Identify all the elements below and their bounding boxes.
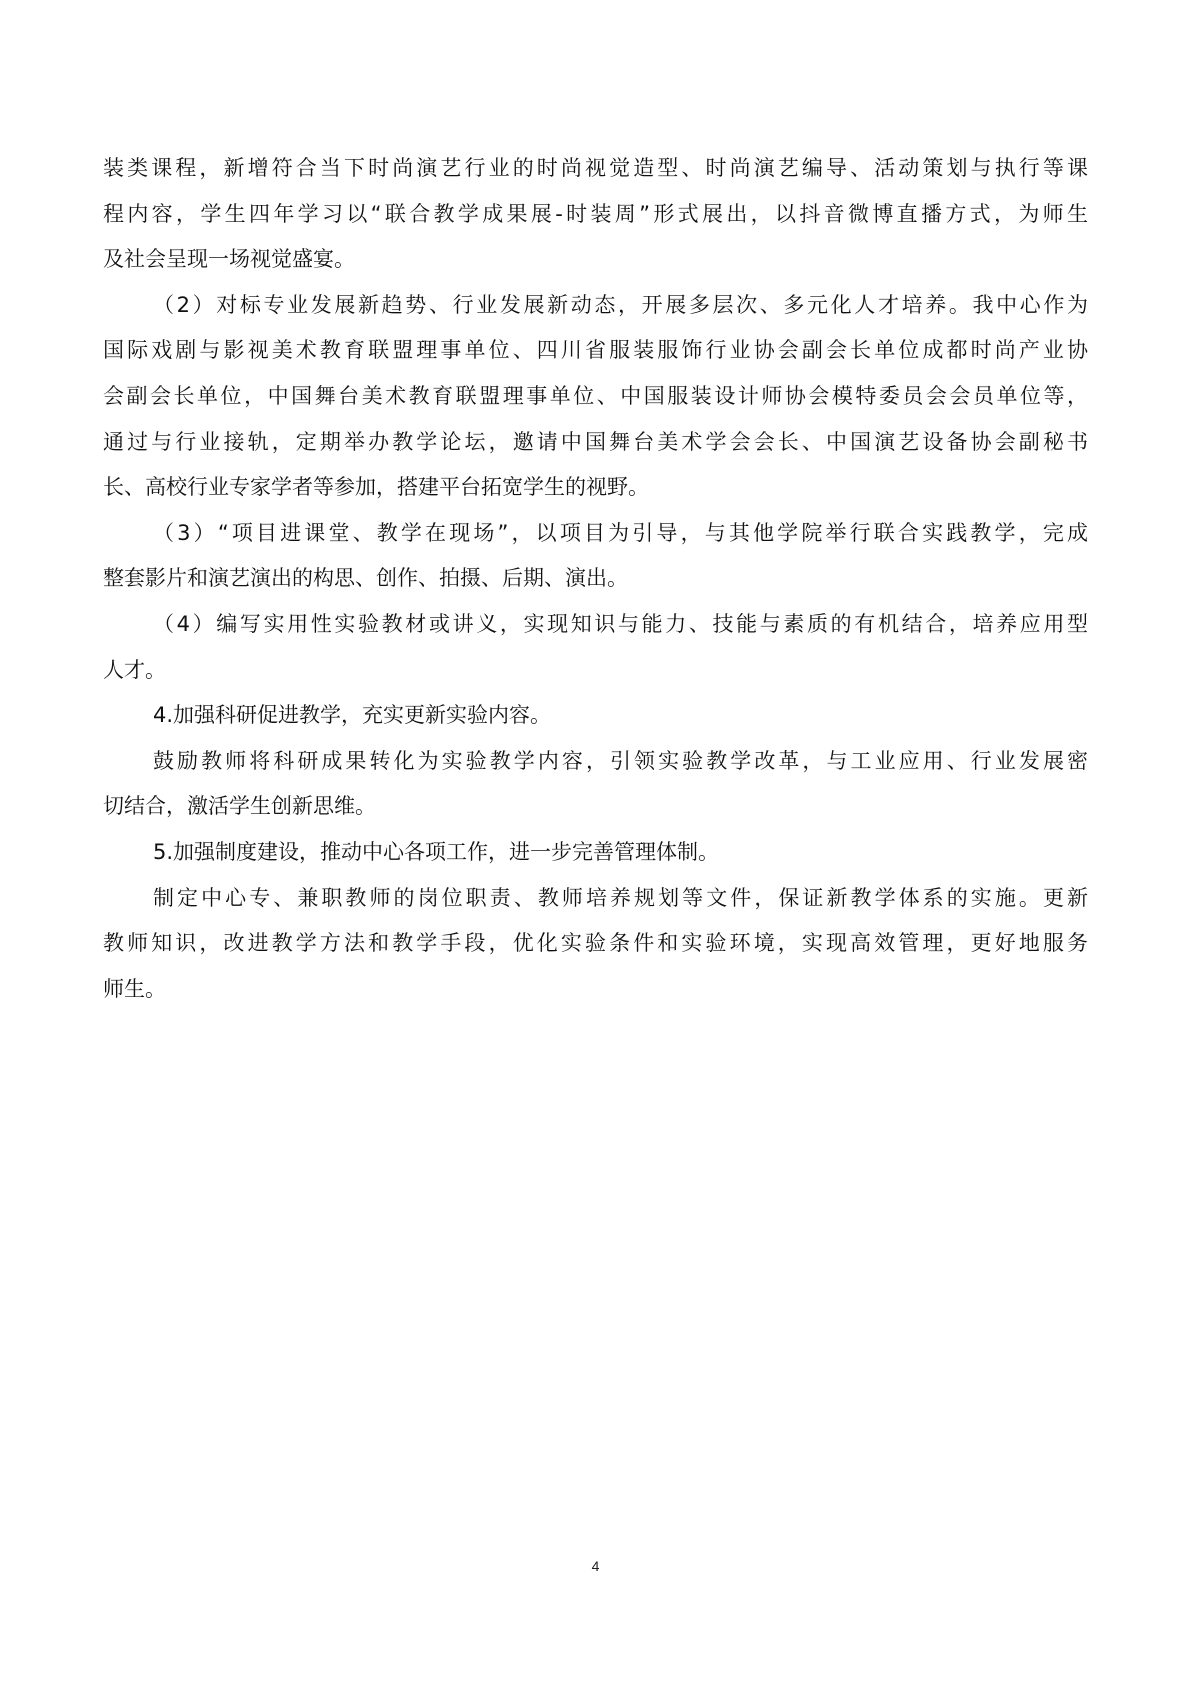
- text-line: 师生。: [103, 971, 1088, 1017]
- paragraph-item-3: （3）“项目进课堂、教学在现场”，以项目为引导，与其他学院举行联合实践教学，完成…: [103, 515, 1088, 606]
- section-heading-5: 5.加强制度建设，推动中心各项工作，进一步完善管理体制。: [103, 834, 1088, 880]
- text-line: 制定中心专、兼职教师的岗位职责、教师培养规划等文件，保证新教学体系的实施。更新: [103, 880, 1088, 926]
- text-line: 通过与行业接轨，定期举办教学论坛，邀请中国舞台美术学会会长、中国演艺设备协会副秘…: [103, 424, 1088, 470]
- paragraph-system: 制定中心专、兼职教师的岗位职责、教师培养规划等文件，保证新教学体系的实施。更新 …: [103, 880, 1088, 1017]
- text-line: 及社会呈现一场视觉盛宴。: [103, 241, 1088, 287]
- paragraph-item-4: （4）编写实用性实验教材或讲义，实现知识与能力、技能与素质的有机结合，培养应用型…: [103, 606, 1088, 697]
- text-line: 国际戏剧与影视美术教育联盟理事单位、四川省服装服饰行业协会副会长单位成都时尚产业…: [103, 332, 1088, 378]
- text-line: 切结合，激活学生创新思维。: [103, 788, 1088, 834]
- text-line: （3）“项目进课堂、教学在现场”，以项目为引导，与其他学院举行联合实践教学，完成: [103, 515, 1088, 561]
- text-line: 装类课程，新增符合当下时尚演艺行业的时尚视觉造型、时尚演艺编导、活动策划与执行等…: [103, 150, 1088, 196]
- text-line: 会副会长单位，中国舞台美术教育联盟理事单位、中国服装设计师协会模特委员会会员单位…: [103, 378, 1088, 424]
- heading-line: 5.加强制度建设，推动中心各项工作，进一步完善管理体制。: [103, 834, 1088, 880]
- text-line: 程内容，学生四年学习以“联合教学成果展-时装周”形式展出，以抖音微博直播方式，为…: [103, 196, 1088, 242]
- text-line: （4）编写实用性实验教材或讲义，实现知识与能力、技能与素质的有机结合，培养应用型: [103, 606, 1088, 652]
- section-heading-4: 4.加强科研促进教学，充实更新实验内容。: [103, 697, 1088, 743]
- document-body: 装类课程，新增符合当下时尚演艺行业的时尚视觉造型、时尚演艺编导、活动策划与执行等…: [103, 150, 1088, 1016]
- paragraph-item-2: （2）对标专业发展新趋势、行业发展新动态，开展多层次、多元化人才培养。我中心作为…: [103, 287, 1088, 515]
- text-line: 长、高校行业专家学者等参加，搭建平台拓宽学生的视野。: [103, 469, 1088, 515]
- text-line: 整套影片和演艺演出的构思、创作、拍摄、后期、演出。: [103, 560, 1088, 606]
- text-line: 教师知识，改进教学方法和教学手段，优化实验条件和实验环境，实现高效管理，更好地服…: [103, 925, 1088, 971]
- paragraph-continued-course: 装类课程，新增符合当下时尚演艺行业的时尚视觉造型、时尚演艺编导、活动策划与执行等…: [103, 150, 1088, 287]
- text-line: 人才。: [103, 652, 1088, 698]
- heading-line: 4.加强科研促进教学，充实更新实验内容。: [103, 697, 1088, 743]
- paragraph-research: 鼓励教师将科研成果转化为实验教学内容，引领实验教学改革，与工业应用、行业发展密 …: [103, 743, 1088, 834]
- text-line: 鼓励教师将科研成果转化为实验教学内容，引领实验教学改革，与工业应用、行业发展密: [103, 743, 1088, 789]
- page-number: 4: [0, 1558, 1191, 1574]
- text-line: （2）对标专业发展新趋势、行业发展新动态，开展多层次、多元化人才培养。我中心作为: [103, 287, 1088, 333]
- document-page: 装类课程，新增符合当下时尚演艺行业的时尚视觉造型、时尚演艺编导、活动策划与执行等…: [0, 0, 1191, 1684]
